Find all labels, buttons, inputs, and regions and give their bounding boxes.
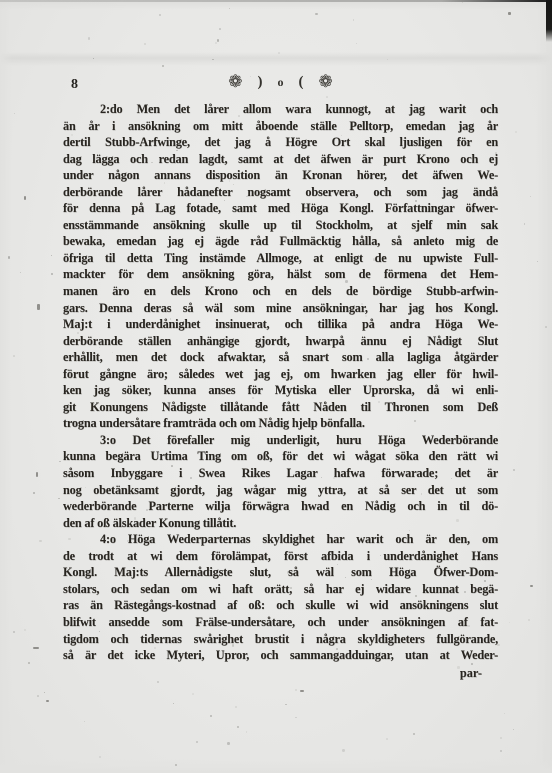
text-line: förut gångne äro; således wet jag ej, om… [63,366,498,383]
paragraph: 4:o Höga Wederparternas skyldighet har w… [63,531,498,663]
text-line: git Konungens Nådigste tillåtande fått N… [63,399,498,416]
text-line: ras än Rästegångs-kostnad af oß: och sku… [63,597,498,614]
text-line: bewaka, emedan jag ej ägde råd Fullmäckt… [63,233,498,250]
text-line: 2:do Men det lårer allom wara kunnogt, a… [63,101,498,118]
text-line: tigdom och tidernas swårighet brustit i … [63,631,498,648]
text-line: manen äro en dels Krono och en dels de b… [63,283,498,300]
text-line: blifwit ansedde som Frälse-undersåtare, … [63,614,498,631]
text-line: så är det icke Myteri, Upror, och samman… [63,647,498,664]
text-line: dertil Stubb-Arfwinge, det jag å Högre O… [63,134,498,151]
text-line: såsom Inbyggare i Swea Rikes Lagar hafwa… [63,465,498,482]
text-line: den af oß älskader Konung tillåtit. [63,515,498,532]
ornament-open-paren: ) [258,74,263,90]
text-line: under någon annans disposition än Kronan… [63,167,498,184]
text-line: nog obetänksamt gjordt, jag wågar mig yt… [63,482,498,499]
rosette-icon: ❁ [319,73,333,90]
text-line: kunna begära Urtima Ting om oß, för det … [63,448,498,465]
text-line: 4:o Höga Wederparternas skyldighet har w… [63,531,498,548]
text-line: de trodt at wi dem förolämpat, först afb… [63,548,498,565]
text-line: derbörande ställen anhängige gjordt, hwa… [63,333,498,350]
header-ornament: ❁ ) o ( ❁ [63,73,498,90]
text-block: 2:do Men det lårer allom wara kunnogt, a… [63,101,498,664]
ornament-close-paren: ( [299,74,304,90]
paragraph: 3:o Det förefaller mig underligit, huru … [63,432,498,531]
text-line: öfriga til detta Ting instämde Allmoge, … [63,250,498,267]
text-line: mackter för dem ansökning göra, hälst so… [63,266,498,283]
text-line: Maj:t i underdånighet insinuerat, och ti… [63,316,498,333]
scan-edge-artifact-corner [546,0,552,42]
text-line: trogna undersåtare framträda och om Nådi… [63,415,498,432]
text-line: gars. Denna deras så wäl som mine ansökn… [63,300,498,317]
text-line: Kongl. Maj:ts Allernådigste slut, så wäl… [63,564,498,581]
text-line: 3:o Det förefaller mig underligit, huru … [63,432,498,449]
catchword: par- [63,666,498,681]
text-line: stolars, och sedan om wi haft orätt, så … [63,581,498,598]
paragraph: 2:do Men det lårer allom wara kunnogt, a… [63,101,498,432]
text-line: ensstämmande ansökning skulle up til Sto… [63,217,498,234]
text-line: ken jag söker, kunna anses för Mytiska e… [63,382,498,399]
text-line: derbörande lårer hådanefter nogsamt obse… [63,184,498,201]
scanned-page: 8 ❁ ) o ( ❁ 2:do Men det lårer allom war… [0,0,552,773]
scan-edge-artifact-top [0,0,552,2]
text-line: än år i ansökning om mitt åboende ställe… [63,118,498,135]
ornament-circle: o [278,75,284,89]
text-line: erhållit, men det dock afwaktar, så snar… [63,349,498,366]
text-line: för denna på Lag fotade, samt med Höga K… [63,200,498,217]
text-line: wederbörande Parterne wilja förwägra hwa… [63,498,498,515]
rosette-icon: ❁ [228,73,242,90]
text-line: dag lägga och redan lagdt, samt at det ä… [63,151,498,168]
